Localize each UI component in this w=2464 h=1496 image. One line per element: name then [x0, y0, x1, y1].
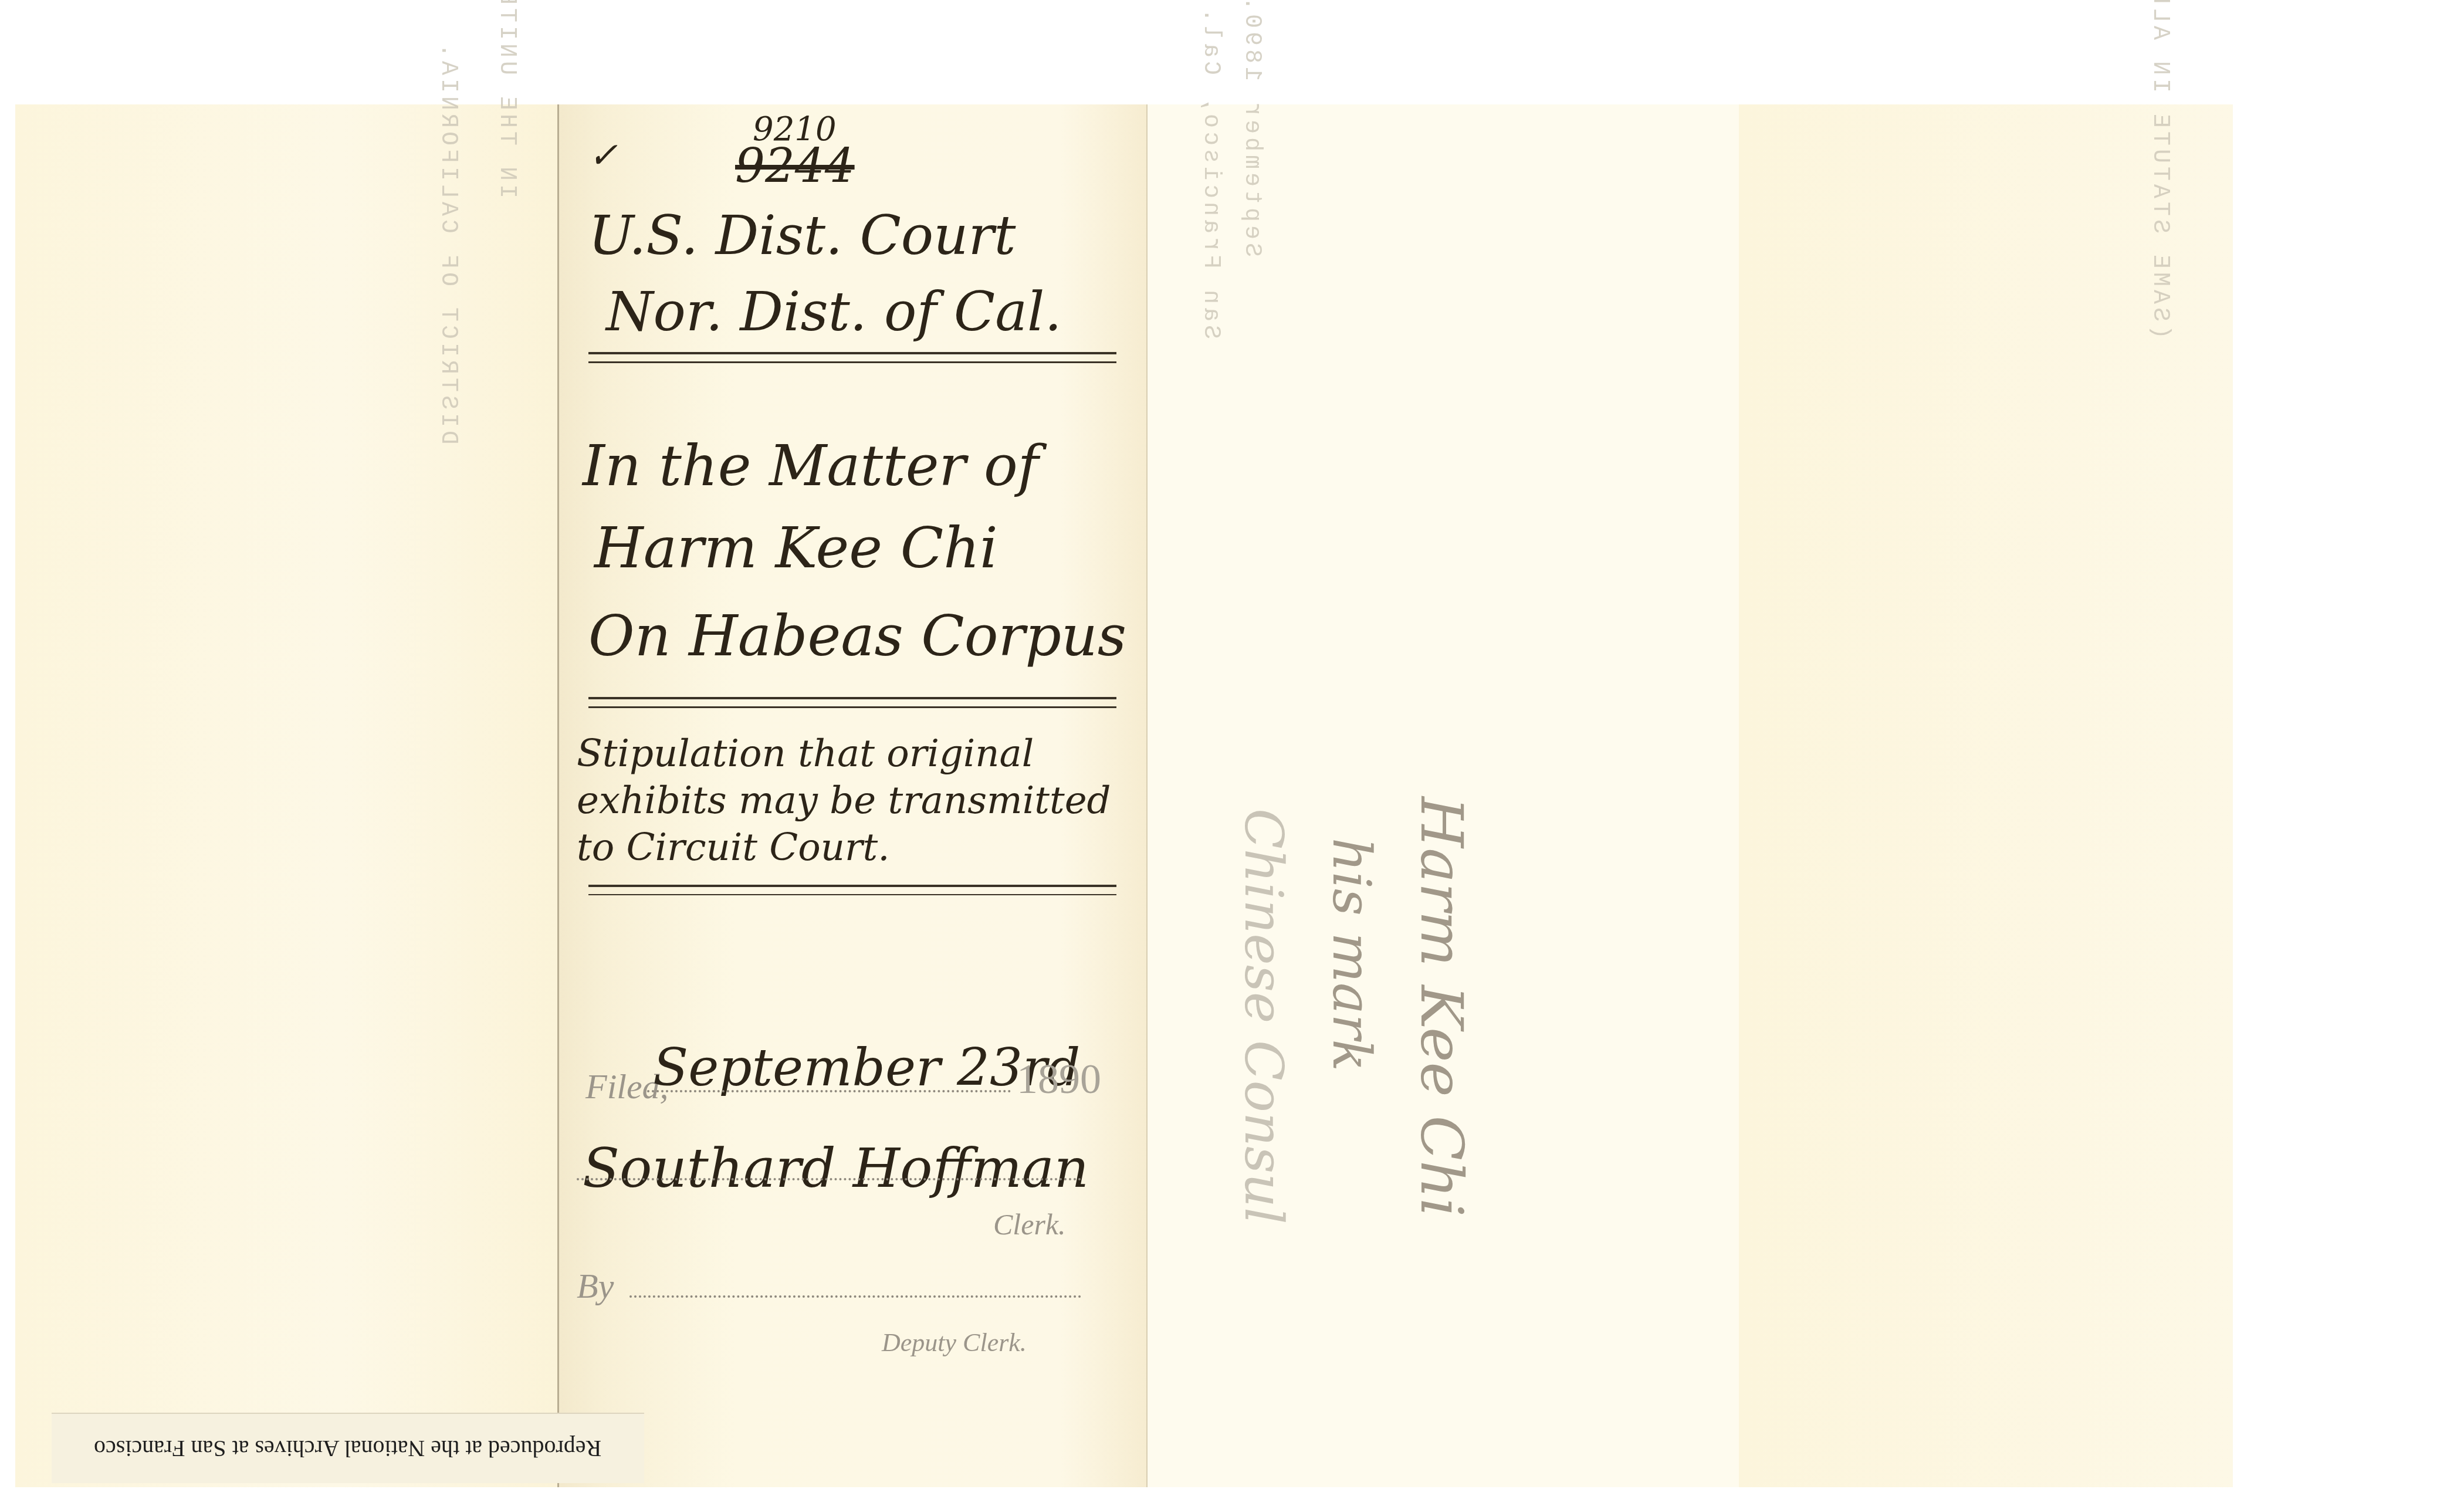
divider-3: [588, 885, 1116, 895]
filed-year-printed: 1890: [1017, 1055, 1101, 1104]
check-mark: ✓: [588, 135, 618, 176]
divider-1: [588, 352, 1116, 363]
docket-panel: ✓ 9210 9244 U.S. Dist. Court Nor. Dist. …: [557, 104, 1148, 1487]
archive-stamp: Reproduced at the National Archives at S…: [52, 1413, 644, 1483]
proceeding-type: On Habeas Corpus: [588, 603, 1126, 669]
divider-2: [588, 697, 1116, 708]
clerk-label: Clerk.: [993, 1207, 1066, 1241]
pencil-endorsement-2: his mark: [1321, 838, 1382, 1071]
left-fold-panel: IN THE UNITED STATES DISTRICT COURT, IN …: [15, 104, 557, 1487]
bleed-through-statute: (SAME STATUTE IN ALL ITS APPLICATION TO …: [2147, 0, 2173, 339]
clerk-signature-line: [577, 1178, 1081, 1180]
right-fold-panel: (SAME STATUTE IN ALL ITS APPLICATION TO …: [1739, 104, 2233, 1487]
docket-number-original: 9244: [735, 138, 855, 193]
clerk-signature: Southard Hoffman: [583, 1137, 1089, 1200]
description-line-2: exhibits may be transmitted: [577, 779, 1111, 823]
petitioner-name: Harm Kee Chi: [594, 515, 998, 581]
pencil-endorsement-1: Harm Kee Chi: [1407, 797, 1476, 1217]
filed-date-line: [647, 1090, 1011, 1092]
deputy-clerk-label: Deputy Clerk.: [882, 1328, 1027, 1358]
bleed-through-district: DISTRICT OF CALIFORNIA.: [435, 40, 461, 445]
document-sheet: IN THE UNITED STATES DISTRICT COURT, IN …: [15, 104, 2233, 1487]
matter-heading: In the Matter of: [583, 433, 1038, 499]
by-label: By: [577, 1266, 614, 1307]
bleed-through-date: September 1890.: [1238, 0, 1265, 257]
court-name: U.S. Dist. Court: [588, 204, 1016, 267]
court-district: Nor. Dist. of Cal.: [606, 280, 1062, 343]
description-line-1: Stipulation that original: [577, 732, 1034, 776]
faint-endorsement: Chinese Consul: [1233, 808, 1294, 1224]
archive-stamp-text: Reproduced at the National Archives at S…: [94, 1435, 601, 1463]
bleed-through-court-heading: IN THE UNITED STATES DISTRICT COURT, IN …: [493, 0, 520, 198]
middle-fold-panel: September 1890. San Francisco, Cal. Harm…: [1146, 104, 1740, 1487]
description-line-3: to Circuit Court.: [577, 826, 890, 869]
bleed-through-place: San Francisco, Cal.: [1197, 5, 1224, 339]
deputy-signature-line: [629, 1295, 1081, 1298]
